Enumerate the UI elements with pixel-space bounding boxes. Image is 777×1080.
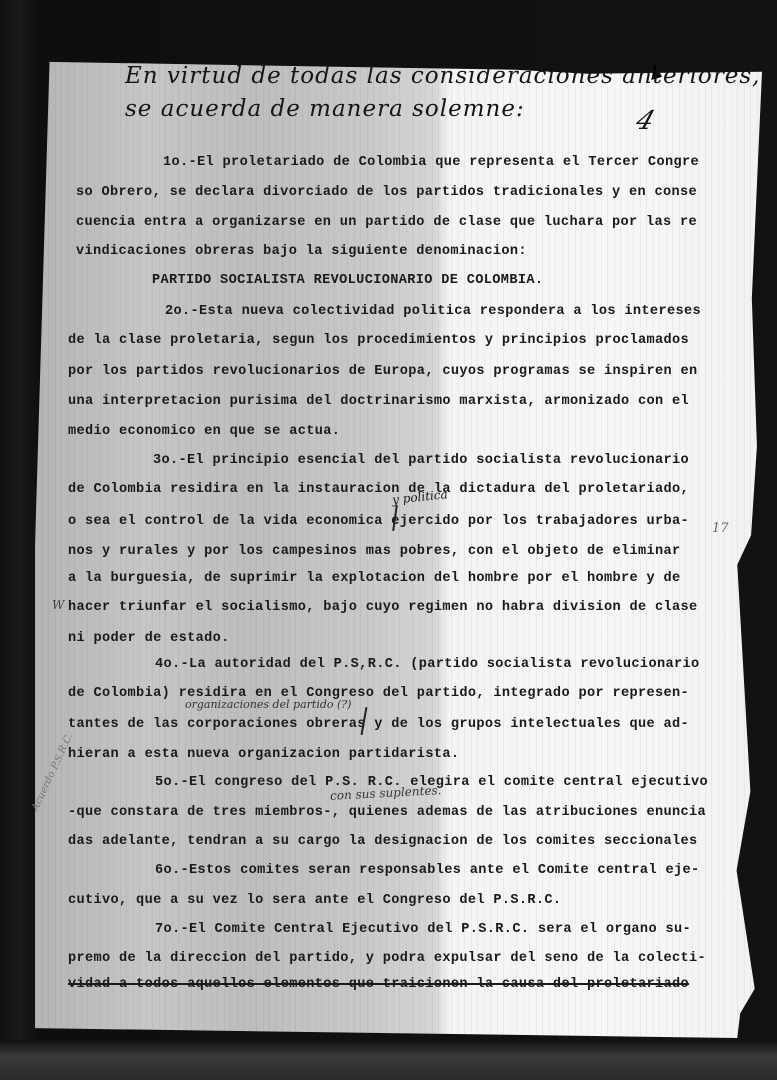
handwritten-header-line2: se acuerda de manera solemne: <box>125 96 525 122</box>
typed-line: hacer triunfar el socialismo, bajo cuyo … <box>68 600 698 615</box>
typed-line: 7o.-El Comite Central Ejecutivo del P.S.… <box>155 922 691 937</box>
typed-line: o sea el control de la vida economica ej… <box>68 514 689 529</box>
party-name-heading: PARTIDO SOCIALISTA REVOLUCIONARIO DE COL… <box>152 273 543 288</box>
typed-line: hieran a esta nueva organizacion partida… <box>68 747 459 762</box>
typed-line: 2o.-Esta nueva colectividad politica res… <box>165 304 701 319</box>
typed-line: nos y rurales y por los campesinos mas p… <box>68 544 681 559</box>
typed-line: de Colombia residira en la instauracion … <box>68 482 689 497</box>
scan-bottom-shadow <box>0 1040 777 1080</box>
typed-line: 4o.-La autoridad del P.S,R.C. (partido s… <box>155 657 699 672</box>
typed-line: de la clase proletaria, segun los proced… <box>68 333 689 348</box>
typed-line: 1o.-El proletariado de Colombia que repr… <box>163 155 699 170</box>
typed-line: -que constara de tres miembros-, quienes… <box>68 805 706 820</box>
typed-line: cuencia entra a organizarse en un partid… <box>76 215 697 230</box>
typed-line: ni poder de estado. <box>68 631 230 646</box>
typed-line-struck: vidad a todos aquellos elementos que tra… <box>68 977 689 992</box>
typed-line: de Colombia) residira en el Congreso del… <box>68 686 689 701</box>
typed-line: a la burguesia, de suprimir la explotaci… <box>68 571 681 586</box>
handwritten-margin-number: 17 <box>712 521 729 536</box>
typed-line: una interpretacion purisima del doctrina… <box>68 394 689 409</box>
typed-line: premo de la direccion del partido, y pod… <box>68 951 706 966</box>
handwritten-insert-organizaciones: organizaciones del partido (?) <box>185 698 351 711</box>
handwritten-margin-mark: W <box>52 598 64 612</box>
typed-line: cutivo, que a su vez lo sera ante el Con… <box>68 893 561 908</box>
typed-line: tantes de las corporaciones obreras y de… <box>68 717 689 732</box>
handwritten-header-line1: En virtud de todas las consideraciones a… <box>125 63 760 89</box>
typed-line: so Obrero, se declara divorciado de los … <box>76 185 697 200</box>
typed-line: vindicaciones obreras bajo la siguiente … <box>76 244 527 259</box>
typed-line: por los partidos revolucionarios de Euro… <box>68 364 698 379</box>
typed-line: das adelante, tendran a su cargo la desi… <box>68 834 698 849</box>
typed-line: medio economico en que se actua. <box>68 424 340 439</box>
typed-line: 6o.-Estos comites seran responsables ant… <box>155 863 699 878</box>
typed-body: 1o.-El proletariado de Colombia que repr… <box>0 0 17 540</box>
typed-line: 3o.-El principio esencial del partido so… <box>153 453 689 468</box>
